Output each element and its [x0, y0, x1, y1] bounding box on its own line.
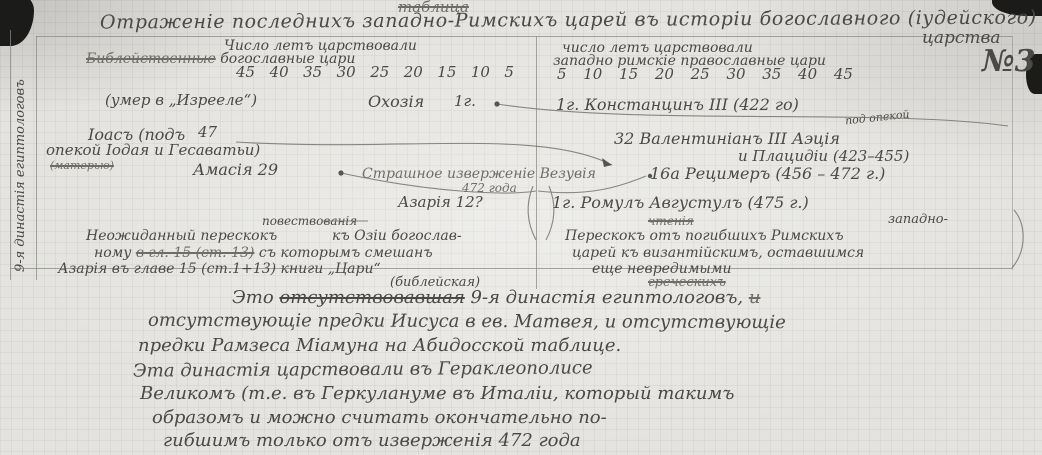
scale-tick: 30: [726, 67, 745, 83]
valentinian-years: 32: [614, 129, 634, 148]
left-note-line3: Азарія въ главе 15 (ст.1+13) книги „Цари…: [58, 262, 381, 277]
bottom-line3: предки Рамзеса Міамуна на Абидосской таб…: [138, 337, 621, 356]
entry-valentinian: 32 Валентиніанъ III Аэція: [614, 131, 840, 148]
scale-tick: 20: [404, 65, 423, 81]
entry-ioas-struck-word: (матерью): [50, 160, 114, 172]
entry-vesuvius-eruption: Страшное изверженіе Везувія: [362, 167, 596, 182]
valentinian-regent: Аэція: [792, 129, 840, 148]
plot-point-amasia: [338, 170, 343, 175]
left-subheader-struck-word: Библейственные: [86, 51, 216, 67]
scale-tick: 35: [303, 65, 322, 81]
center-bracket-left: [528, 186, 536, 240]
right-margin-bracket: [1012, 210, 1023, 268]
margin-vertical-caption: 9-я династія египтологовъ: [14, 37, 28, 272]
scale-tick: 10: [583, 67, 602, 83]
margin-strip-inner-border: [36, 36, 37, 280]
left-note-line1b: къ Озіи богослав-: [332, 229, 462, 244]
right-note-inserted-word: западно-: [888, 213, 948, 227]
table-center-divider: [536, 36, 537, 289]
right-note-line1: Перескокъ отъ погибшихъ Римскихъ: [565, 229, 844, 244]
bottom-line7: гибшимъ только отъ изверженія 472 года: [163, 432, 581, 451]
entry-recimer: 16а Рецимеръ (456 – 472 г.): [650, 166, 885, 183]
entry-ohozia: Охозія: [368, 94, 424, 111]
entry-konstantin: 1г. Констанцинъ III (422 го): [556, 97, 799, 114]
left-note-inserted-word: повествованія: [262, 215, 357, 228]
scale-tick: 20: [655, 67, 674, 83]
entry-valentinian-guardian-note: под опекой: [845, 109, 911, 127]
bottom-line1-struck2: и: [749, 287, 761, 308]
left-note-line2b: съ которымъ смешанъ: [259, 245, 433, 261]
scale-tick: 5: [557, 67, 567, 83]
bottom-line1-this: Это: [232, 287, 274, 308]
right-note-line1b: отъ погибшихъ: [650, 228, 767, 244]
scale-tick: 25: [370, 65, 389, 81]
table-top-border: [36, 36, 1012, 37]
bottom-line1-egyptologists: египтологовъ,: [602, 287, 743, 308]
curve-ioas-to-valentinian: [236, 142, 612, 165]
page-number: №3: [982, 46, 1035, 78]
bottom-line4: Эта династія царствовали въ Гераклеополи…: [133, 359, 593, 381]
entry-azaria: Азарія 12?: [398, 195, 483, 211]
entry-ioas-regents: опекой Іодая и Гесаватьи): [46, 143, 260, 159]
scale-tick: 15: [619, 67, 638, 83]
scale-tick: 15: [437, 65, 456, 81]
plot-point-ohozia: [494, 101, 499, 106]
left-note-line2a: ному: [94, 245, 131, 261]
entry-izreel-note: (умер в „Изрееле“): [105, 93, 257, 109]
valentinian-name: Валентиніанъ III: [639, 129, 786, 148]
bottom-inserted-struck-greek: греческихъ: [648, 276, 726, 290]
scale-tick: 45: [236, 65, 255, 81]
right-note-line2: царей къ византійскимъ, оставшимся: [572, 246, 864, 261]
scale-tick: 40: [270, 65, 289, 81]
bottom-line6: образомъ и можно считать окончательно по…: [152, 409, 607, 428]
scale-tick: 40: [798, 67, 817, 83]
bottom-line1-struck: отсутствовавшая: [279, 287, 464, 308]
bottom-line1-dynasty: 9-я династія: [471, 287, 597, 308]
entry-ioas-years: 47: [198, 125, 217, 141]
left-year-scale: 45403530252015105: [236, 65, 514, 81]
arrowhead-valentinian: [602, 158, 612, 167]
left-note-struck-ref: в гл. 15 (ст. 13): [136, 245, 255, 261]
scale-tick: 5: [504, 65, 514, 81]
left-note-line1: Неожиданный перескокъ: [86, 229, 277, 244]
right-note-struck-word: чтенія: [648, 215, 694, 228]
left-note-line2: ному в гл. 15 (ст. 13) съ которымъ смеша…: [94, 246, 433, 261]
bottom-line2: отсутствующіе предки Иисуса в ев. Матвея…: [148, 312, 786, 333]
scale-tick: 45: [834, 67, 853, 83]
entry-vesuvius-year: 472 года: [462, 182, 517, 195]
entry-amasia: Амасія 29: [193, 162, 278, 179]
margin-strip-outer-border: [10, 30, 11, 280]
manuscript-page: 9-я династія египтологовъ таблица Отраже…: [0, 0, 1042, 455]
right-note-line1a: Перескокъ: [565, 228, 645, 244]
right-note-line1c: Римскихъ: [771, 228, 844, 244]
bottom-inserted-biblical: (библейская): [390, 276, 480, 290]
scale-tick: 10: [471, 65, 490, 81]
entry-romul: 1г. Ромулъ Августулъ (475 г.): [552, 195, 809, 212]
bottom-line5: Великомъ (т.е. въ Геркулануме въ Италіи,…: [140, 385, 734, 404]
scale-tick: 35: [762, 67, 781, 83]
right-year-scale: 51015202530354045: [557, 67, 853, 83]
page-title: Отраженіе последнихъ западно-Римскихъ ца…: [100, 9, 1037, 34]
entry-ohozia-years: 1г.: [454, 94, 476, 110]
scale-tick: 25: [691, 67, 710, 83]
scale-tick: 30: [337, 65, 356, 81]
bottom-line1: Это отсутствовавшая 9-я династія египтол…: [232, 289, 760, 308]
entry-valentinian-line2: и Плацидіи (423–455): [738, 149, 909, 165]
